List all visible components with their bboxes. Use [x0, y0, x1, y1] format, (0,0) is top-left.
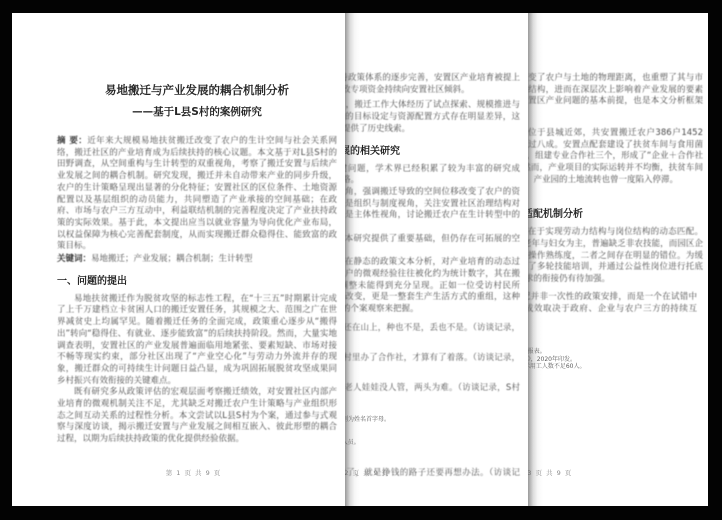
interview-quote: ——打工要出远门，家里老人娃娃没人管，两头为难。（访谈记录，S村村民ZXQ，39…	[345, 383, 520, 406]
page-1-footer: 第 1 页 共 9 页	[12, 468, 345, 477]
page-1-content: 易地搬迁与产业发展的耦合机制分析 ——基于L县S村的案例研究 摘 要：近年来大规…	[12, 13, 345, 446]
body-paragraph: 化过程。空间的重构不仅改变了农户与土地的物理距离，也重塑了其与市场、与基层政府之…	[528, 73, 703, 120]
interview-quote: ——我们搬下来以后，地还在山上，种也不是，丢也不是。（访谈记录，S村村民WDF，…	[345, 323, 520, 346]
body-paragraph: 总体来看，既有文献为本研究提供了重要基础，但仍存在可拓展的空间。	[345, 234, 520, 257]
footnote-line: 访谈时间：2021年7月至8月。	[345, 446, 520, 454]
document-viewer-background: { "page1": { "title_line1": "易地搬迁与产业发展的耦…	[0, 0, 722, 520]
page-2-footer: 第 2 页 共 9 页	[345, 468, 528, 477]
body-paragraph: 一方面，多数研究停留在静态的政策文本分析，对产业培育的动态过程缺乏追踪；另一方面…	[345, 257, 520, 316]
body-paragraph: 从政策演进看（见表1），搬迁工作大体经历了试点探索、规模推进与巩固提升三个阶段，…	[345, 100, 520, 135]
abstract-label: 摘 要：	[57, 136, 87, 146]
section-3-heading: 三、空间重构中的产业适配机制分析	[528, 208, 703, 221]
body-paragraph: 2021年以来，随着后续扶持政策体系的逐步完善，安置区产业培育被提上了更加突出的…	[345, 73, 520, 96]
footnote-line: 受访人W某，男，54岁，脱贫户。	[345, 423, 520, 431]
footnote-block: ①数据来源于L县乡村振兴局提供的统计报表。 ②《L县易地扶贫搬迁后续扶持实施方案…	[528, 348, 703, 371]
keywords-text: 易地搬迁；产业发展；耦合机制；生计转型	[91, 254, 253, 264]
footnote-line: 资料来源：作者根据田野调查整理。	[345, 454, 520, 462]
footnote-line: 注：访谈资料均已匿名化处理，编号规则为姓名首字母。	[345, 416, 520, 424]
body-paragraph: 围绕搬迁后的生计重建问题，学术界已经积累了较为丰富的研究成果，大体可以归纳为三条…	[345, 164, 520, 187]
page-3-footer: 第 3 页 共 9 页	[528, 468, 708, 477]
body-paragraph: 易地扶贫搬迁作为脱贫攻坚的标志性工程，在“十三五”时期累计完成了上千万建档立卡贫…	[57, 294, 337, 388]
interview-quote: ——一开始不习惯，后面村里办了合作社，才算有了着落。（访谈记录，S村村民LMH，…	[345, 353, 520, 376]
footnote-line: ①数据来源于L县乡村振兴局提供的统计报表。	[528, 348, 703, 356]
section-1-heading: 一、问题的提出	[57, 275, 337, 288]
keywords-label: 关键词：	[57, 254, 91, 264]
indented-paragraph: 从机制上看，产业适配并非一次性的政策安排，而是一个在试错中不断调整的过程，其成效…	[528, 292, 697, 327]
body-paragraph: 安置区产业培育的关键在于实现劳动力结构与岗位结构的动态匹配。调查显示，S村劳动力…	[528, 227, 703, 286]
footnote-line: ②《L县易地扶贫搬迁后续扶持实施方案》，2020年印发。	[528, 356, 703, 364]
keywords-line: 关键词：易地搬迁；产业发展；耦合机制；生计转型	[57, 254, 337, 266]
document-subtitle: ——基于L县S村的案例研究	[57, 106, 337, 119]
abstract-paragraph: 摘 要：近年来大规模易地扶贫搬迁改变了农户的生计空间与社会关系网络，搬迁社区的产…	[57, 136, 337, 253]
page-2-content: 2021年以来，随着后续扶持政策体系的逐步完善，安置区产业培育被提上了更加突出的…	[345, 13, 528, 492]
page-3[interactable]: 化过程。空间的重构不仅改变了农户与土地的物理距离，也重塑了其与市场、与基层政府之…	[528, 13, 708, 506]
document-pages-stage: 易地搬迁与产业发展的耦合机制分析 ——基于L县S村的案例研究 摘 要：近年来大规…	[12, 13, 708, 506]
document-title: 易地搬迁与产业发展的耦合机制分析	[57, 83, 337, 97]
footnote-line: ③扶贫车间设计用工120人，调查时实际用工人数不足60人。	[528, 363, 703, 371]
page-1[interactable]: 易地搬迁与产业发展的耦合机制分析 ——基于L县S村的案例研究 摘 要：近年来大规…	[12, 13, 345, 506]
page-3-content: 化过程。空间的重构不仅改变了农户与土地的物理距离，也重塑了其与市场、与基层政府之…	[528, 13, 708, 371]
body-paragraph: 既有研究多从政策评估的宏观层面考察搬迁绩效，对安置社区内部产业培育的微观机制关注…	[57, 387, 337, 446]
body-paragraph: 其一是“空间—生计”视角，强调搬迁导致的空间位移改变了农户的资源可及性与就业半径…	[345, 187, 520, 234]
page-2[interactable]: 2021年以来，随着后续扶持政策体系的逐步完善，安置区产业培育被提上了更加突出的…	[345, 13, 528, 506]
body-paragraph: 具体而言，S村安置点位于县城近郊，共安置搬迁农户386户1452人，其中建档立卡…	[528, 128, 703, 187]
footnote-line: 受访人L某，女，47岁，合作社社员。	[345, 431, 520, 439]
footnote-line: 受访人Z某，男，39岁，外出务工返乡人员。	[345, 439, 520, 447]
footnote-block: 注：访谈资料均已匿名化处理，编号规则为姓名首字母。 受访人W某，男，54岁，脱贫…	[345, 416, 520, 462]
section-2-heading: 二、搬迁安置与产业发展的相关研究	[345, 145, 520, 158]
abstract-text: 近年来大规模易地扶贫搬迁改变了农户的生计空间与社会关系网络，搬迁社区的产业培育成…	[57, 136, 337, 251]
